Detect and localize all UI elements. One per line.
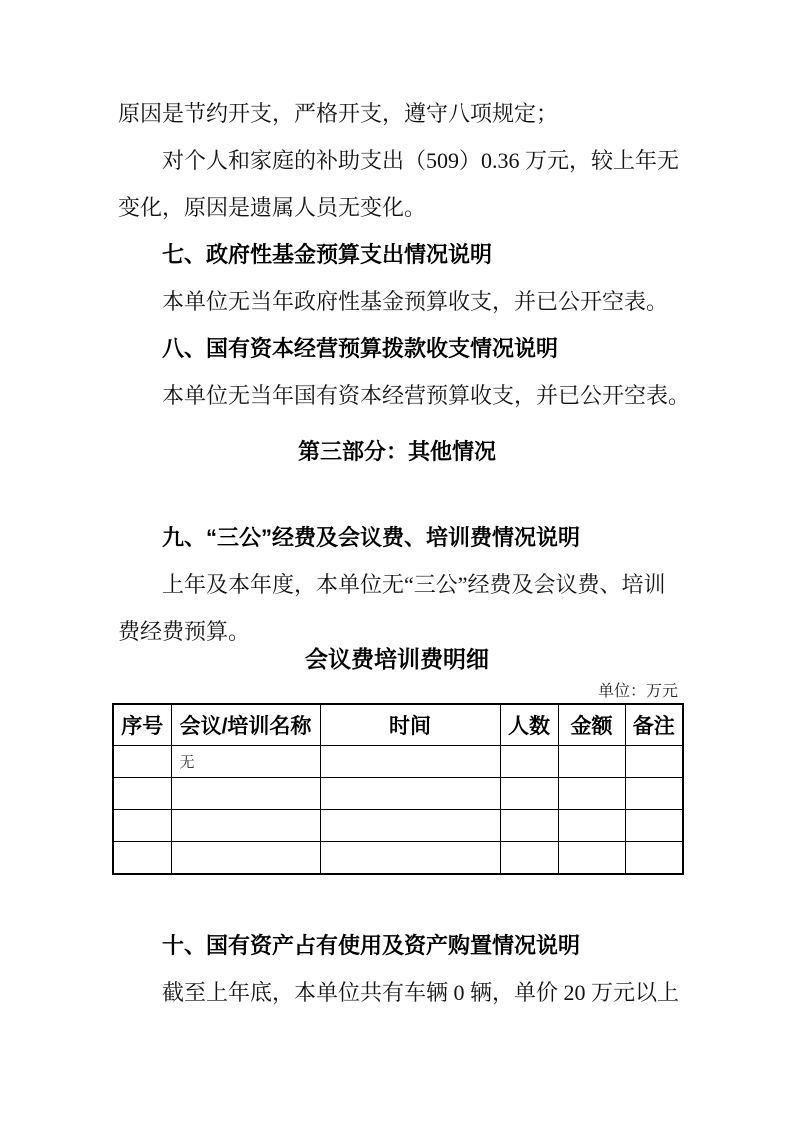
section10-body: 截至上年底，本单位共有车辆 0 辆，单价 20 万元以上 <box>118 969 676 1016</box>
section7-body: 本单位无当年政府性基金预算收支，并已公开空表。 <box>118 278 676 325</box>
meeting-training-table: 序号会议/培训名称时间人数金额备注 无 <box>112 703 684 875</box>
table-header-cell: 金额 <box>558 704 625 746</box>
table-header-cell: 会议/培训名称 <box>171 704 320 746</box>
table-header-cell: 人数 <box>500 704 558 746</box>
table-cell <box>558 778 625 810</box>
table-cell <box>625 810 683 842</box>
table-row: 无 <box>113 746 683 778</box>
table-cell <box>625 746 683 778</box>
section7-heading: 七、政府性基金预算支出情况说明 <box>118 231 676 278</box>
table-cell <box>558 842 625 875</box>
table-cell <box>500 746 558 778</box>
table-cell <box>625 778 683 810</box>
table-row <box>113 842 683 875</box>
table-cell <box>500 778 558 810</box>
table-cell <box>320 746 500 778</box>
table-cell: 无 <box>171 746 320 778</box>
table-cell <box>625 842 683 875</box>
paragraph-line: 变化，原因是遗属人员无变化。 <box>118 184 676 231</box>
table-cell <box>113 746 171 778</box>
paragraph-line: 原因是节约开支，严格开支，遵守八项规定； <box>118 90 676 137</box>
table-cell <box>500 810 558 842</box>
table-cell <box>113 842 171 875</box>
section9-body-line: 上年及本年度，本单位无“三公”经费及会议费、培训 <box>118 561 676 608</box>
table-cell <box>558 810 625 842</box>
section8-heading: 八、国有资本经营预算拨款收支情况说明 <box>118 325 676 372</box>
meeting-table-section: 单位：万元 序号会议/培训名称时间人数金额备注 无 <box>112 684 682 875</box>
table-cell <box>171 842 320 875</box>
paragraph-line: 对个人和家庭的补助支出（509）0.36 万元，较上年无 <box>118 137 676 184</box>
section9-heading: 九、“三公”经费及会议费、培训费情况说明 <box>118 514 676 561</box>
document-page: { "page": { "background_color": "#ffffff… <box>0 0 793 1122</box>
unit-note: 单位：万元 <box>112 684 682 700</box>
section10-heading: 十、国有资产占有使用及资产购置情况说明 <box>118 922 676 969</box>
table-cell <box>171 778 320 810</box>
table-cell <box>320 810 500 842</box>
table-cell <box>500 842 558 875</box>
table-header-cell: 时间 <box>320 704 500 746</box>
table-row <box>113 810 683 842</box>
table-cell <box>113 810 171 842</box>
table-cell <box>171 810 320 842</box>
table-cell <box>320 842 500 875</box>
table-body: 无 <box>113 746 683 875</box>
table-cell <box>558 746 625 778</box>
table-header-cell: 备注 <box>625 704 683 746</box>
section8-body: 本单位无当年国有资本经营预算收支，并已公开空表。 <box>118 372 676 419</box>
page-content: 原因是节约开支，严格开支，遵守八项规定； 对个人和家庭的补助支出（509）0.3… <box>0 0 793 1016</box>
table-cell <box>320 778 500 810</box>
table-header-cell: 序号 <box>113 704 171 746</box>
part3-title: 第三部分：其他情况 <box>118 428 676 475</box>
table-row <box>113 778 683 810</box>
table-header-row: 序号会议/培训名称时间人数金额备注 <box>113 704 683 746</box>
table-cell <box>113 778 171 810</box>
